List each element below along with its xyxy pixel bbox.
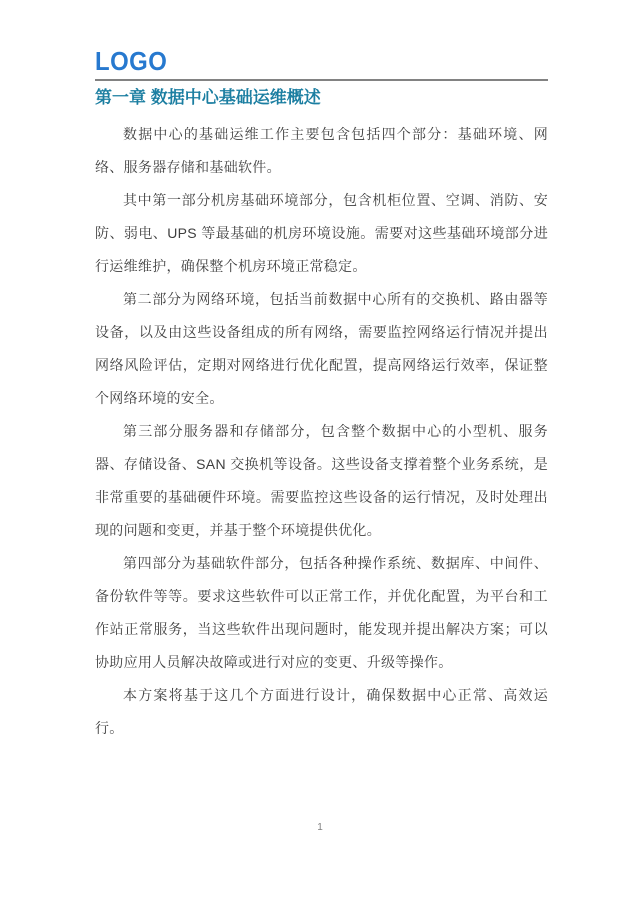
header-divider	[95, 79, 548, 81]
page-content: LOGO 第一章 数据中心基础运维概述 数据中心的基础运维工作主要包含包括四个部…	[95, 0, 548, 745]
paragraph-intro: 数据中心的基础运维工作主要包含包括四个部分：基础环境、网络、服务器存储和基础软件…	[95, 118, 548, 184]
logo: LOGO	[95, 48, 512, 74]
paragraph-part1-facility: 其中第一部分机房基础环境部分，包含机柜位置、空调、消防、安防、弱电、UPS 等最…	[95, 184, 548, 283]
chapter-title: 第一章 数据中心基础运维概述	[95, 87, 548, 109]
paragraph-conclusion: 本方案将基于这几个方面进行设计，确保数据中心正常、高效运行。	[95, 679, 548, 745]
document-page: LOGO 第一章 数据中心基础运维概述 数据中心的基础运维工作主要包含包括四个部…	[0, 0, 640, 906]
paragraph-part4-software: 第四部分为基础软件部分，包括各种操作系统、数据库、中间件、备份软件等等。要求这些…	[95, 547, 548, 679]
page-number: 1	[0, 822, 640, 833]
paragraph-part3-server-storage: 第三部分服务器和存储部分，包含整个数据中心的小型机、服务器、存储设备、SAN 交…	[95, 415, 548, 547]
document-body: 数据中心的基础运维工作主要包含包括四个部分：基础环境、网络、服务器存储和基础软件…	[95, 118, 548, 745]
paragraph-part2-network: 第二部分为网络环境，包括当前数据中心所有的交换机、路由器等设备，以及由这些设备组…	[95, 283, 548, 415]
